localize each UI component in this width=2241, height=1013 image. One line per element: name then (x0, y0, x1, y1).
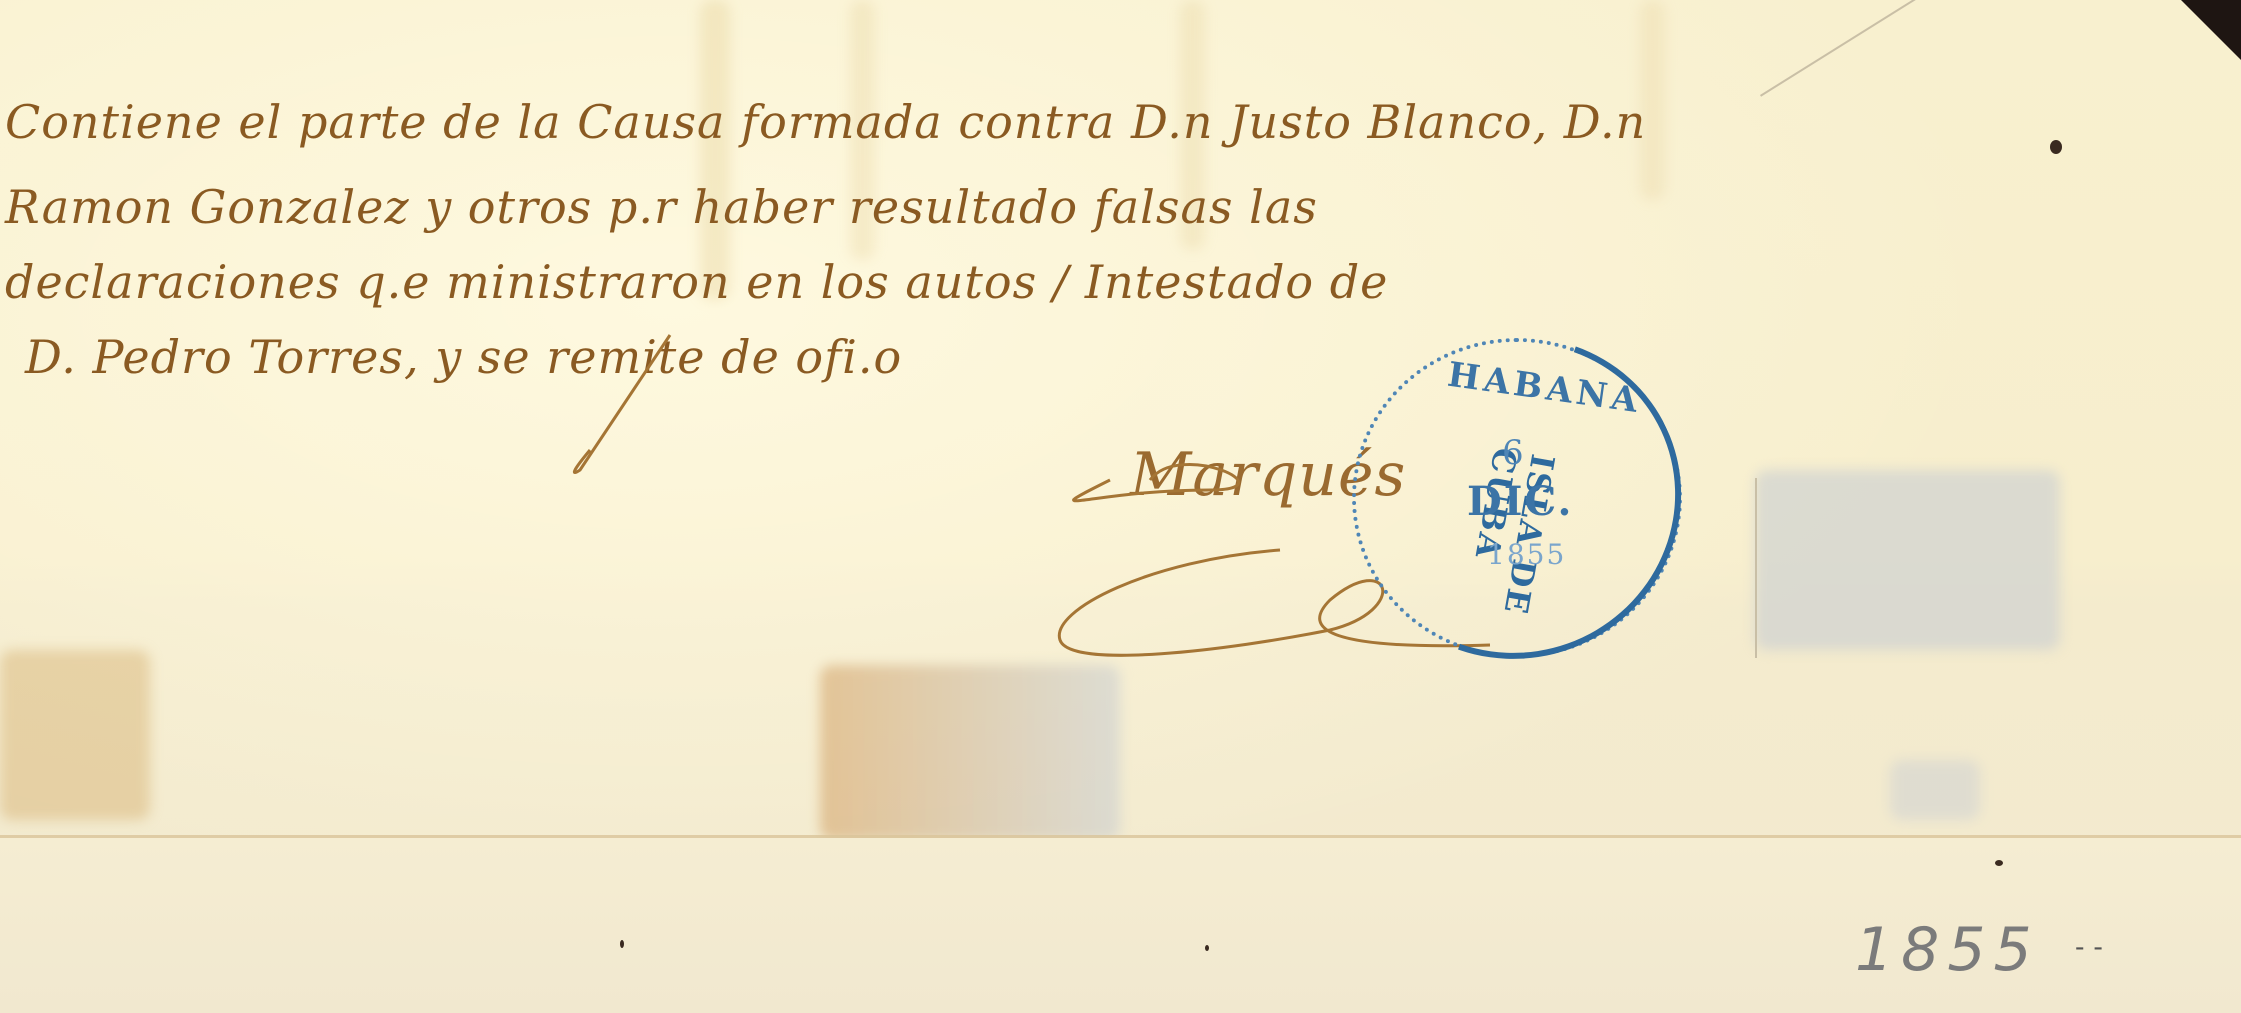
postmark-month: DIC. (1467, 478, 1573, 525)
ink-speck (1205, 945, 1209, 951)
postmark-year: 1855 (1487, 538, 1566, 571)
manuscript-line-2: Ramon Gonzalez y otros p.r haber resulta… (5, 180, 1318, 234)
manuscript-line-3: declaraciones q.e ministraron en los aut… (5, 255, 1388, 309)
manuscript-line-1: Contiene el parte de la Causa formada co… (5, 95, 1646, 149)
fold-line (0, 835, 2241, 838)
postmark-day: 6 (1502, 433, 1524, 473)
postmark: HABANA ISLA DE CUBA 6 DIC. 1855 (1352, 338, 1682, 658)
scan-corner-shadow (2181, 0, 2241, 60)
pencil-marks: - - (2075, 930, 2103, 963)
wax-residue-left (0, 650, 150, 820)
wax-residue-lower-right (1890, 760, 1980, 820)
wax-residue-center (820, 665, 1120, 840)
envelope-flap-edge (1755, 478, 1757, 658)
pencil-year-annotation: 1855 (1855, 915, 2040, 985)
ink-speck (1995, 860, 2003, 866)
ink-speck (620, 940, 624, 948)
wax-residue-right (1755, 470, 2060, 650)
ink-speck (2050, 140, 2062, 154)
manuscript-line-4: D. Pedro Torres, y se remite de ofi.o (25, 330, 902, 384)
descender-flourish (560, 330, 680, 480)
